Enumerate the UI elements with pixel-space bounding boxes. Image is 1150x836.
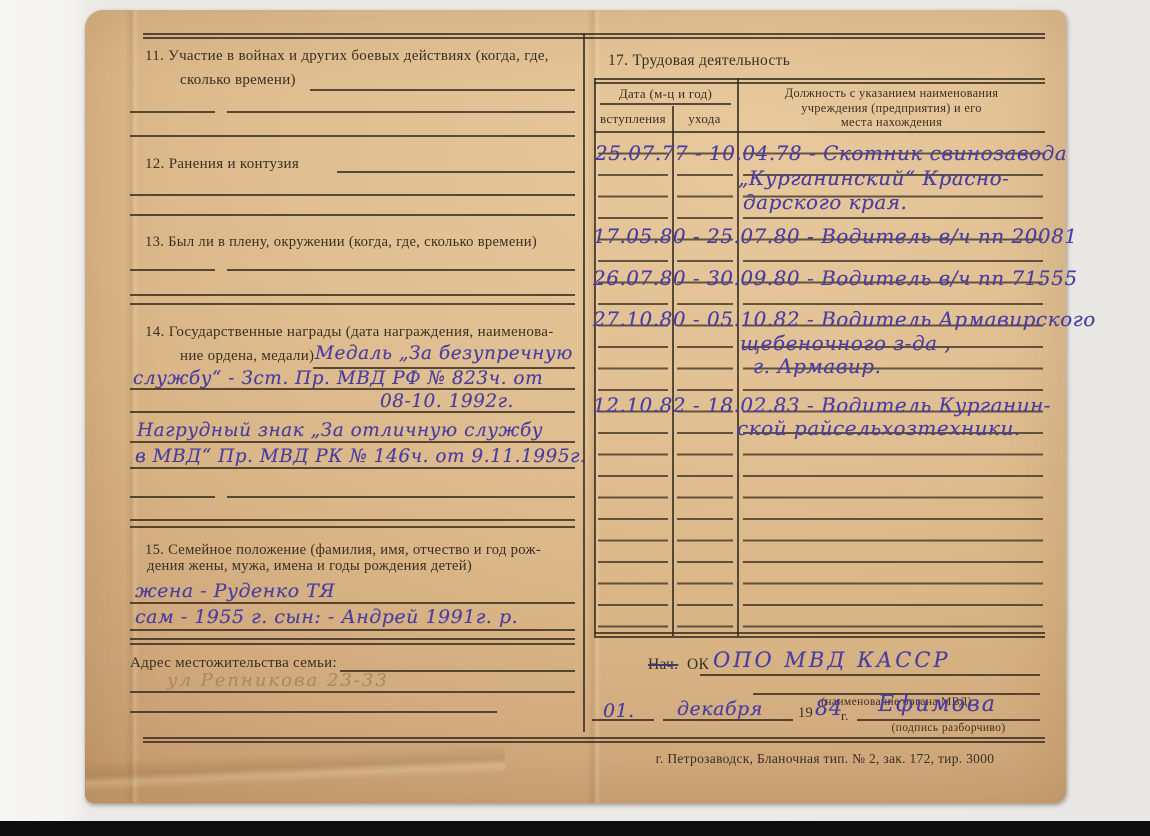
ruled-line xyxy=(143,33,1045,35)
ruled-line xyxy=(130,294,575,296)
ruled-line xyxy=(130,643,575,645)
ruled-line xyxy=(130,711,497,713)
ruled-line xyxy=(227,111,575,113)
signature-caption: (подпись разборчиво) xyxy=(855,722,1042,734)
ruled-line xyxy=(130,111,215,113)
ruled-line xyxy=(130,194,575,196)
table-header-position-line1: Должность с указанием наименования xyxy=(785,86,999,100)
year-prefix-print: 19 xyxy=(798,705,813,722)
org-handwriting: ОПО МВД КАССР xyxy=(713,648,951,672)
table-header-position-line3: места нахождения xyxy=(841,115,942,129)
address-handwriting: ул Репникова 23-33 xyxy=(167,670,389,691)
work-entry: 12.10.82 - 18.02.83 - Водитель Курганин- xyxy=(593,393,1051,417)
table-header-position-line2: учреждения (предприятия) и его xyxy=(801,101,981,115)
table-rules-col-end xyxy=(677,133,733,632)
award2-handwriting: Нагрудный знак „За отличную службу xyxy=(137,420,543,441)
year-suffix-print: г. xyxy=(841,708,849,724)
year-handwriting: 84 xyxy=(815,696,843,720)
ruled-line xyxy=(700,674,1040,676)
scan-footer-bar xyxy=(0,821,1150,836)
paper-fold xyxy=(85,743,506,791)
ruled-line xyxy=(130,526,575,528)
ruled-line xyxy=(130,135,575,137)
work-entry: 26.07.80 - 30.09.80 - Водитель в/ч пп 71… xyxy=(593,266,1078,290)
signature-prefix: ОК xyxy=(687,656,709,674)
work-entry: дарского края. xyxy=(743,190,907,214)
table-header-end: ухода xyxy=(674,111,735,127)
ruled-line xyxy=(592,719,654,721)
table-rules-col-start xyxy=(598,133,668,632)
work-entry: г. Армавир. xyxy=(753,354,881,378)
family-handwriting: жена - Руденко ТЯ xyxy=(135,580,335,602)
print-imprint: г. Петрозаводск, Бланочная тип. № 2, зак… xyxy=(605,751,1045,767)
ruled-line xyxy=(130,691,575,693)
ruled-line xyxy=(337,171,575,173)
ruled-line xyxy=(130,441,575,443)
award1-handwriting: Медаль „За безупречную xyxy=(315,343,573,364)
ruled-line xyxy=(857,719,1040,721)
work-entry: 27.10.80 - 05.10.82 - Водитель Армавирск… xyxy=(593,307,1096,331)
item11-label: 11. Участие в войнах и других боевых дей… xyxy=(145,48,549,65)
ruled-line xyxy=(130,467,575,469)
award2-handwriting-2: в МВД“ Пр. МВД РК № 146ч. от 9.11.1995г. xyxy=(135,446,586,467)
table-border xyxy=(594,82,1045,84)
ruled-line xyxy=(130,638,575,640)
work-entry: „Курганинский“ Красно- xyxy=(738,166,1009,190)
signature-prefix-struck: Нач. xyxy=(648,656,678,674)
paper-crease xyxy=(125,10,139,803)
ruled-line xyxy=(130,411,575,413)
work-entry: 25.07.77 - 10.04.78 - Скотник свинозавод… xyxy=(595,141,1067,165)
ruled-line xyxy=(143,737,1045,739)
award1-handwriting-3: 08-10. 1992г. xyxy=(380,391,514,412)
ruled-line xyxy=(227,269,575,271)
ruled-line xyxy=(130,496,215,498)
item14-label: 14. Государственные награды (дата награж… xyxy=(145,324,554,341)
table-border xyxy=(594,78,1045,80)
table-header-date: Дата (м-ц и год) xyxy=(594,86,737,102)
date-month-handwriting: декабря xyxy=(677,698,763,720)
ruled-line xyxy=(130,214,575,216)
item15-label: 15. Семейное положение (фамилия, имя, от… xyxy=(145,542,541,559)
family-handwriting-2: сам - 1955 г. сын: - Андрей 1991г. р. xyxy=(135,606,518,628)
ruled-line xyxy=(130,519,575,521)
work-entry: ской райсельхозтехники. xyxy=(737,416,1021,440)
work-entry: щебеночного з-да , xyxy=(740,331,951,355)
ruled-line xyxy=(663,719,793,721)
table-border xyxy=(594,636,1045,638)
form-page: 11. Участие в войнах и других боевых дей… xyxy=(85,10,1066,803)
ruled-line xyxy=(143,741,1045,743)
item13-label: 13. Был ли в плену, окружении (когда, гд… xyxy=(145,234,537,251)
ruled-line xyxy=(600,103,731,105)
signature-name-handwriting: Ефимова xyxy=(878,692,997,717)
ruled-line xyxy=(310,89,575,91)
ruled-line xyxy=(227,496,575,498)
column-divider xyxy=(583,33,585,732)
ruled-line xyxy=(130,629,575,631)
item15-label-2: дения жены, мужа, имена и годы рождения … xyxy=(147,558,472,575)
ruled-line xyxy=(130,303,575,305)
item12-label: 12. Ранения и контузия xyxy=(145,156,299,173)
table-border xyxy=(594,632,1045,634)
item14-label-2: ние ордена, медали) xyxy=(180,348,314,365)
item17-title: 17. Трудовая деятельность xyxy=(608,52,790,70)
work-entry: 17.05.80 - 25.07.80 - Водитель в/ч пп 20… xyxy=(593,224,1078,248)
award1-handwriting-2: службу“ - Зст. Пр. МВД РФ № 823ч. от xyxy=(133,368,543,389)
table-header-position: Должность с указанием наименования учреж… xyxy=(740,86,1043,130)
ruled-line xyxy=(143,37,1045,39)
ruled-line xyxy=(130,602,575,604)
ruled-line xyxy=(130,388,575,390)
table-column-divider xyxy=(672,106,674,636)
item11-label-2: сколько времени) xyxy=(180,72,296,89)
scanned-document: 11. Участие в войнах и других боевых дей… xyxy=(0,0,1150,836)
ruled-line xyxy=(130,269,215,271)
table-header-start: вступления xyxy=(596,111,670,127)
